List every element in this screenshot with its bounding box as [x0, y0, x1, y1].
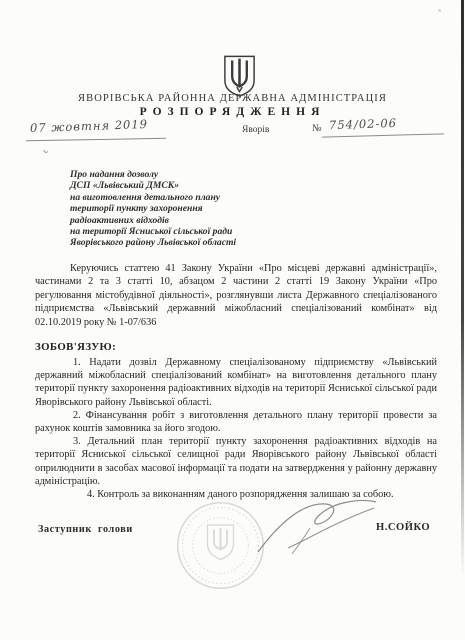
- organization-name: ЯВОРІВСЬКА РАЙОННА ДЕРЖАВНА АДМІНІСТРАЦІ…: [0, 93, 465, 104]
- handwritten-number: 754/02-06: [329, 116, 397, 132]
- scan-speck: [438, 9, 441, 12]
- subject-line: на виготовлення детального плану: [70, 192, 320, 203]
- scan-speck: [43, 149, 49, 154]
- signer-name: Н.СОЙКО: [376, 522, 430, 533]
- resolution-item-3: 3. Детальний план території пункту захор…: [35, 435, 437, 488]
- subject-line: території пункту захоронення: [70, 203, 320, 214]
- resolution-heading: ЗОБОВ'ЯЗУЮ:: [35, 341, 116, 353]
- resolution-items: 1. Надати дозвіл Державному спеціалізова…: [35, 356, 437, 501]
- subject-line: Яворівського району Львівської області: [70, 237, 320, 248]
- preamble-paragraph: Керуючись статтею 41 Закону України «Про…: [35, 262, 437, 329]
- date-underline: [26, 138, 166, 141]
- subject-block: Про надання дозволу ДСП «Львівський ДМСК…: [70, 169, 320, 249]
- number-underline: [322, 133, 444, 137]
- handwritten-date: 07 жовтня 2019: [30, 117, 148, 135]
- subject-line: Про надання дозволу: [70, 169, 320, 180]
- ukraine-trident-icon: [221, 55, 258, 97]
- scan-edge-line: [461, 0, 464, 578]
- number-sign: №: [312, 123, 322, 134]
- subject-line: радіоактивних відходів: [70, 215, 320, 226]
- signer-title: Заступник голови: [38, 524, 133, 535]
- resolution-item-1: 1. Надати дозвіл Державному спеціалізова…: [35, 356, 437, 409]
- scanned-document-page: ЯВОРІВСЬКА РАЙОННА ДЕРЖАВНА АДМІНІСТРАЦІ…: [0, 0, 465, 640]
- resolution-item-2: 2. Фінансування робіт з виготовлення дет…: [35, 409, 437, 435]
- subject-line: на території Ясниської сільської ради: [70, 226, 320, 237]
- handwritten-signature-icon: [252, 494, 382, 560]
- subject-line: ДСП «Львівський ДМСК»: [70, 180, 320, 191]
- issue-place: Яворів: [242, 125, 269, 135]
